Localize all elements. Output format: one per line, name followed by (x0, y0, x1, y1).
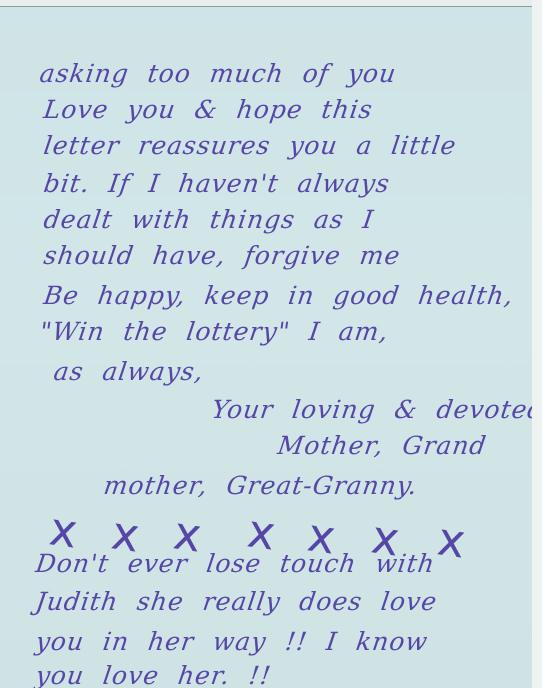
letter-line-3: letter reassures you a little (42, 131, 459, 160)
letter-line-7: Be happy, keep in good health, (42, 281, 516, 310)
letter-line-5: dealt with things as I (42, 205, 376, 234)
letter-page: asking too much of you Love you & hope t… (0, 6, 532, 688)
letter-line-8: "Win the lottery" I am, (38, 317, 391, 346)
letter-line-9: as always, (52, 357, 206, 386)
closing-line-3: mother, Great-Granny. (102, 471, 420, 500)
letter-line-6: should have, forgive me (42, 241, 403, 270)
letter-line-4: bit. If I haven't always (42, 169, 392, 198)
postscript-line-2: Judith she really does love (34, 587, 439, 616)
page-edge (532, 0, 542, 688)
kiss-mark: x (47, 505, 80, 554)
postscript-line-4: you love her. !! (34, 661, 273, 688)
postscript-line-3: you in her way !! I know (34, 627, 430, 656)
closing-line-2: Mother, Grand (276, 431, 489, 460)
letter-line-1: asking too much of you (38, 59, 398, 88)
kiss-mark: x (435, 515, 468, 564)
closing-line-1: Your loving & devoted (210, 395, 542, 424)
letter-line-2: Love you & hope this (42, 95, 375, 124)
postscript-line-1: Don't ever lose touch with (34, 549, 437, 578)
